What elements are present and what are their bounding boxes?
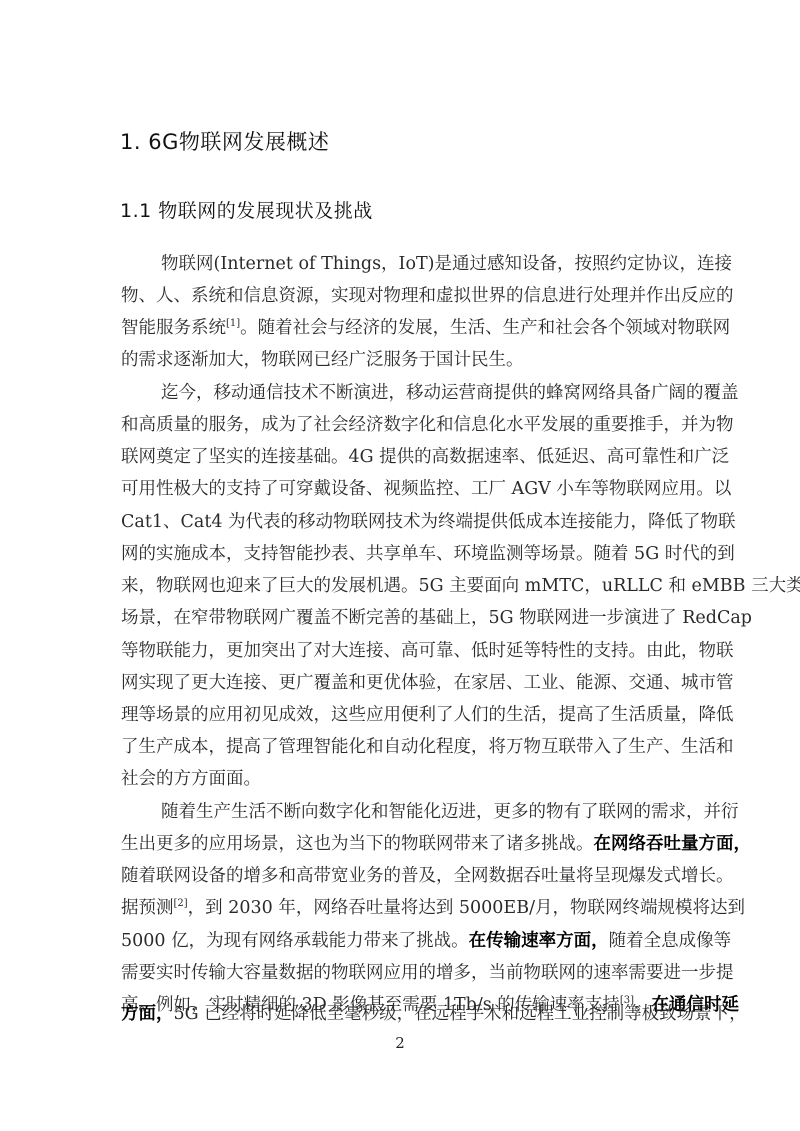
page-number: 2 — [0, 1034, 800, 1052]
text-line: 网实现了更大连接、更广覆盖和更优体验，在家居、工业、能源、交通、城市管 — [121, 671, 679, 695]
text-line: 联网奠定了坚实的连接基础。4G 提供的高数据速率、低延迟、高可靠性和广泛 — [121, 445, 679, 469]
text-span: 生出更多的应用场景，这也为当下的物联网带来了诸多挑战。 — [121, 834, 594, 854]
text-span: 据预测 — [121, 898, 174, 918]
text-span: 智能服务系统 — [121, 318, 226, 338]
bold-keyword-throughput: 在网络吞吐量方面， — [594, 834, 752, 854]
text-line: 等物联能力，更加突出了对大连接、高可靠、低时延等特性的支持。由此，物联 — [121, 639, 679, 663]
text-span: ，到 2030 年，网络吞吐量将达到 5000EB/月，物联网终端规模将达到 — [188, 898, 745, 918]
text-span: 5000 亿，为现有网络承载能力带来了挑战。 — [121, 931, 469, 951]
text-line: 随着联网设备的增多和高带宽业务的普及，全网数据吞吐量将呈现爆发式增长。 — [121, 864, 679, 888]
citation-ref-2: [2] — [174, 898, 188, 909]
text-line: 理等场景的应用初见成效，这些应用便利了人们的生活，提高了生活质量，降低 — [121, 703, 679, 727]
section-heading-1: 1. 6G物联网发展概述 — [120, 129, 329, 155]
text-line: 网的实施成本，支持智能抄表、共享单车、环境监测等场景。随着 5G 时代的到 — [121, 542, 679, 566]
document-page: 1. 6G物联网发展概述 1.1 物联网的发展现状及挑战 物联网(Interne… — [0, 0, 800, 1131]
text-line: 的需求逐渐加大，物联网已经广泛服务于国计民生。 — [121, 348, 679, 372]
text-line: 场景，在窄带物联网广覆盖不断完善的基础上，5G 物联网进一步演进了 RedCap — [121, 606, 679, 630]
text-line: Cat1、Cat4 为代表的移动物联网技术为终端提供低成本连接能力，降低了物联 — [121, 510, 679, 534]
text-line: 社会的方方面面。 — [121, 767, 679, 791]
text-line: 物、人、系统和信息资源，实现对物理和虚拟世界的信息进行处理并作出反应的 — [121, 284, 679, 308]
text-line: 物联网(Internet of Things，IoT)是通过感知设备，按照约定协… — [161, 252, 679, 276]
text-line: 方面，5G 已经将时延降低至毫秒级，在远程手术和远程工业控制等极致场景下， — [121, 1002, 679, 1026]
text-line: 迄今，移动通信技术不断演进，移动运营商提供的蜂窝网络具备广阔的覆盖 — [161, 381, 679, 405]
text-line: 5000 亿，为现有网络承载能力带来了挑战。在传输速率方面，随着全息成像等 — [121, 929, 679, 953]
text-line: 和高质量的服务，成为了社会经济数字化和信息化水平发展的重要推手，并为物 — [121, 413, 679, 437]
bold-keyword-latency-cont: 方面， — [121, 1004, 174, 1024]
text-line: 需要实时传输大容量数据的物联网应用的增多，当前物联网的速率需要进一步提 — [121, 961, 679, 985]
bold-keyword-transmission-rate: 在传输速率方面， — [469, 931, 609, 951]
subsection-heading-1-1: 1.1 物联网的发展现状及挑战 — [120, 198, 373, 224]
text-line: 据预测[2]，到 2030 年，网络吞吐量将达到 5000EB/月，物联网终端规… — [121, 896, 679, 920]
text-line: 了生产成本，提高了管理智能化和自动化程度，将万物互联带入了生产、生活和 — [121, 735, 679, 759]
text-line: 智能服务系统[1]。随着社会与经济的发展，生活、生产和社会各个领域对物联网 — [121, 316, 679, 340]
text-span: 5G 已经将时延降低至毫秒级，在远程手术和远程工业控制等极致场景下， — [174, 1004, 747, 1024]
text-span: 。随着社会与经济的发展，生活、生产和社会各个领域对物联网 — [240, 318, 730, 338]
citation-ref-1: [1] — [226, 318, 240, 329]
text-line: 随着生产生活不断向数字化和智能化迈进，更多的物有了联网的需求，并衍 — [161, 800, 679, 824]
text-span: 随着全息成像等 — [609, 931, 732, 951]
text-line: 可用性极大的支持了可穿戴设备、视频监控、工厂 AGV 小车等物联网应用。以 — [121, 477, 679, 501]
text-line: 来，物联网也迎来了巨大的发展机遇。5G 主要面向 mMTC，uRLLC 和 eM… — [121, 574, 679, 598]
text-line: 生出更多的应用场景，这也为当下的物联网带来了诸多挑战。在网络吞吐量方面， — [121, 832, 679, 856]
